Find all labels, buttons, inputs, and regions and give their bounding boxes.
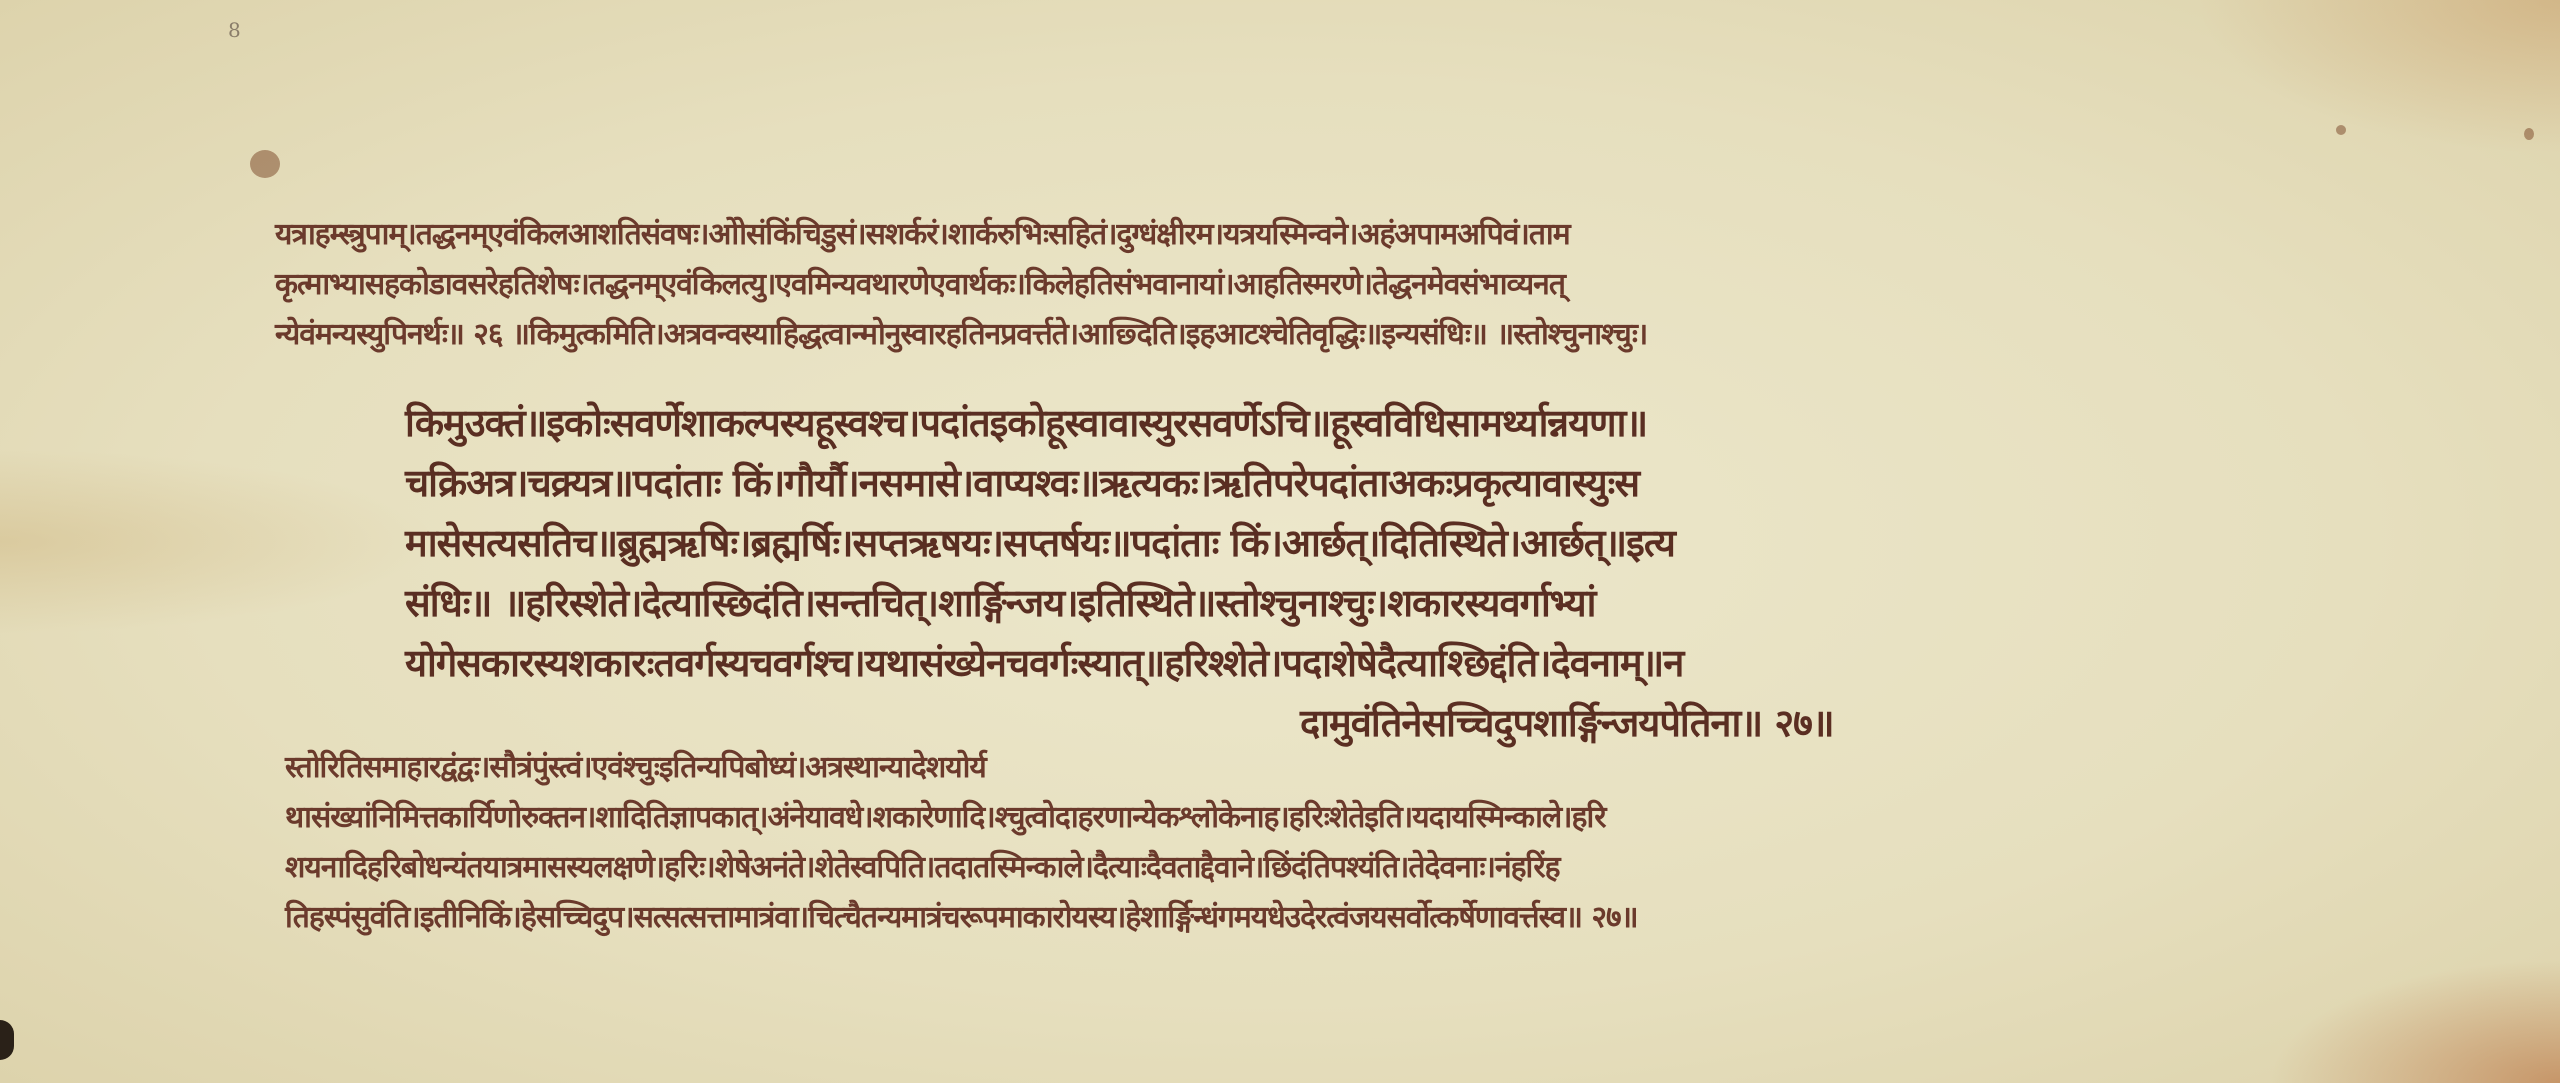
manuscript-page: 8 यत्राहम्स्त्रुपाम्।तद्धनम्‌एवंकिलआशतिस… [0,0,2560,1083]
folio-mark: 8 [228,18,241,42]
commentary-bottom-line: स्तोरितिसमाहारद्वंद्वः।सौत्रंपुंस्त्वं।ए… [285,745,986,786]
commentary-bottom-line: थासंख्यांनिमित्तकार्यिणोरुक्तन।शादितिज्ञ… [285,795,1606,836]
commentary-top-line: न्येवंमन्यस्युपिनर्थः॥ २६ ॥किमुत्कमिति।अ… [275,312,1647,353]
main-text-line: योगेसकारस्यशकारःतवर्गस्यचवर्गश्च।यथासंख्… [405,636,1683,688]
ink-stain [250,150,280,178]
commentary-bottom-line: तिहस्पंसुवंति।इतीनिकिं।हेसच्चिदुप।सत्सत्… [285,895,1638,936]
main-text-line: चक्रिअत्र।चक्र्यत्र॥पदांताः किं।गौर्यौ।न… [405,456,1639,508]
ink-stain [2524,128,2534,140]
main-text-line: किमुउक्तं॥इकोःसवर्णेशाकल्पस्यहूस्वश्च।पद… [405,396,1647,448]
commentary-top-line: कृत्माभ्यासहकोडावसरेहतिशेषः।तद्धनम्‌एवंक… [275,262,1565,303]
main-text-line: मासेसत्यसतिच॥ब्रुह्मऋषिः।ब्रह्मर्षिः।सप्… [405,516,1675,568]
commentary-top-line: यत्राहम्स्त्रुपाम्।तद्धनम्‌एवंकिलआशतिसंव… [275,212,1570,253]
ink-stain [2336,125,2346,135]
main-text-line: दामुवंतिनेसच्चिदुपशार्ङ्गिन्जयपेतिना॥ २७… [1300,696,1834,748]
commentary-bottom-line: शयनादिहरिबोधन्यंतयात्रमासस्यलक्षणे।हरिः।… [285,845,1560,886]
edge-blot [0,1020,14,1060]
main-text-line: संधिः॥ ॥हरिस्शेते।देत्यास्छिदंति।सन्तचित… [405,576,1596,628]
